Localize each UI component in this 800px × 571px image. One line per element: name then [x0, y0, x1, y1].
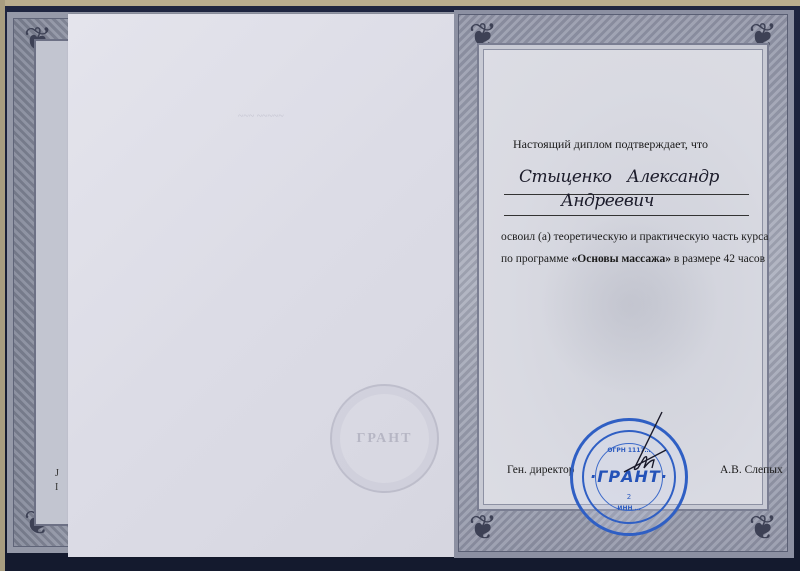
mastered-statement: освоил (а) теоретическую и практическую … [501, 231, 768, 243]
table-surface-top [0, 0, 800, 6]
stamp-inn: ИНН … [573, 505, 685, 512]
program-name: «Основы массажа» [572, 253, 671, 265]
program-statement: по программе «Основы массажа» в размере … [501, 253, 765, 265]
ornament-corner-icon: ❦ [463, 509, 503, 549]
bleed-through-text: ~~~ ~~~~~ [238, 111, 284, 122]
director-signature [614, 410, 674, 490]
name-underline [504, 215, 749, 216]
director-label: Ген. директор [507, 464, 574, 476]
recipient-patronymic: Андреевич [561, 191, 654, 211]
table-surface-left [0, 0, 5, 571]
recipient-first-name: Александр [627, 167, 719, 187]
director-name: А.В. Слепых [720, 464, 783, 476]
recipient-surname: Стыценко [519, 167, 611, 187]
confirm-statement: Настоящий диплом подтверждает, что [513, 137, 708, 152]
ghost-stamp-impression: ГРАНТ [330, 384, 439, 493]
right-page: ❦ ❦ ❦ ❦ Настоящий диплом подтверждает, ч… [454, 10, 794, 558]
left-margin-marks: JI [55, 467, 59, 495]
certificate-body: Настоящий диплом подтверждает, что Стыце… [477, 43, 769, 511]
stamp-number: 2 [573, 493, 685, 501]
ornament-corner-icon: ❦ [743, 509, 783, 549]
blank-paper-sheet: ~~~ ~~~~~ ГРАНТ [68, 14, 454, 557]
right-ornamental-border: ❦ ❦ ❦ ❦ Настоящий диплом подтверждает, ч… [458, 14, 788, 552]
